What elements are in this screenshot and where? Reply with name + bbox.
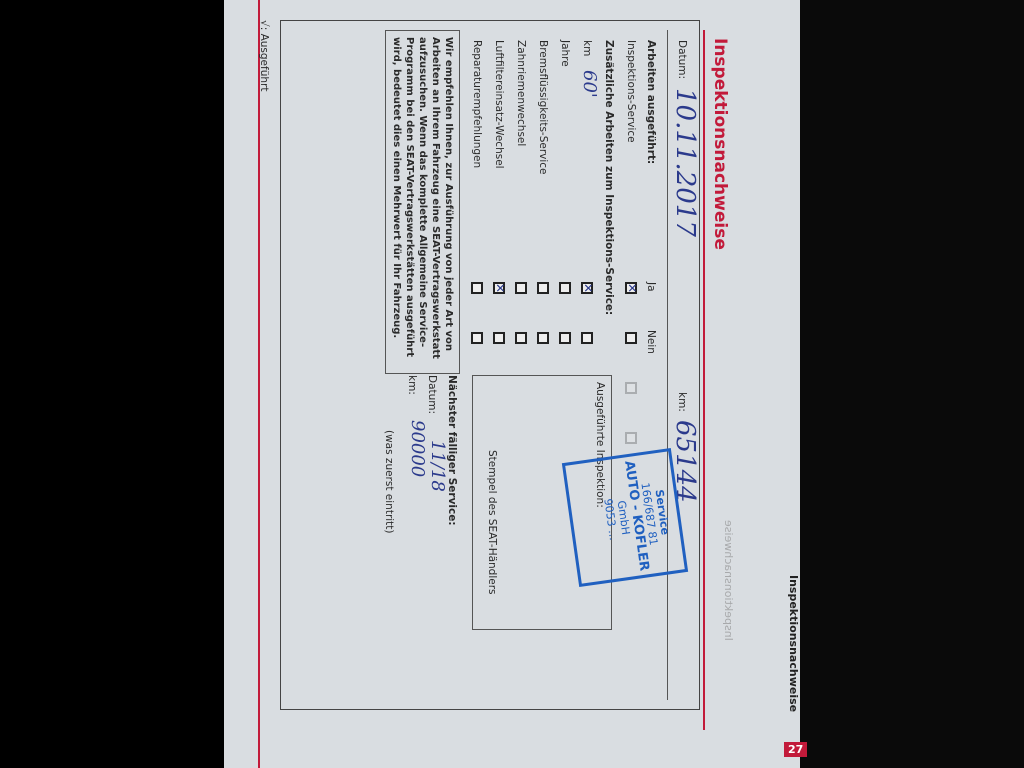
- header-divider: [667, 30, 668, 700]
- footer-title-wrap: Inspektionsnachweise: [786, 575, 800, 760]
- whichever-first: (was zuerst eintritt): [383, 430, 395, 534]
- checkbox-reparatur-yes[interactable]: [471, 282, 483, 294]
- checkbox-luftfilter-yes[interactable]: [493, 282, 505, 294]
- next-km-value: 90000: [407, 420, 428, 477]
- booklet-page: Inspektionsnachweise Inspektionsnachweis…: [224, 0, 800, 768]
- checkbox-brems-no[interactable]: [537, 332, 549, 344]
- row-reparatur: Reparaturempfehlungen: [471, 40, 483, 168]
- bleedthrough-text: Inspektionsnachweise: [722, 520, 735, 641]
- recommendation-notice: Wir empfehlen Ihnen, zur Ausführung von …: [385, 30, 460, 374]
- background: [800, 0, 1024, 768]
- row-km: km: [581, 40, 593, 56]
- dealer-stamp: Service 166/687 81 AUTO - KOFLER GmbH 90…: [562, 448, 688, 587]
- checkbox-zahnriemen-no[interactable]: [515, 332, 527, 344]
- col-yes: Ja: [645, 282, 657, 292]
- row-km-handwritten: 60': [579, 70, 600, 98]
- row-bremsfluessigkeit: Bremsflüssigkeits-Service: [537, 40, 549, 175]
- next-date-value: 11/18: [427, 440, 448, 492]
- km-label: km:: [676, 392, 688, 412]
- checkbox-zahnriemen-yes[interactable]: [515, 282, 527, 294]
- footer-title: Inspektionsnachweise: [787, 575, 800, 712]
- row-jahre: Jahre: [559, 40, 571, 67]
- page-number: 27: [784, 742, 807, 757]
- ghost-checkbox: [625, 382, 637, 394]
- next-km-label: km:: [406, 375, 418, 395]
- next-date-label: Datum:: [426, 375, 438, 414]
- row-inspektions-service: Inspektions-Service: [625, 40, 637, 143]
- checkbox-reparatur-no[interactable]: [471, 332, 483, 344]
- page-title: Inspektionsnachweise: [710, 38, 730, 250]
- checkbox-km-no[interactable]: [581, 332, 593, 344]
- ghost-checkbox: [625, 432, 637, 444]
- checkbox-km-yes[interactable]: [581, 282, 593, 294]
- rotated-form-page: Inspektionsnachweise Inspektionsnachweis…: [224, 0, 800, 768]
- legend-executed: √: Ausgeführt: [258, 20, 270, 91]
- checkbox-inspektions-no[interactable]: [625, 332, 637, 344]
- checkbox-brems-yes[interactable]: [537, 282, 549, 294]
- checkbox-inspektions-yes[interactable]: [625, 282, 637, 294]
- date-value: 10.11.2017: [670, 88, 700, 237]
- checkbox-luftfilter-no[interactable]: [493, 332, 505, 344]
- row-additional-header: Zusätzliche Arbeiten zum Inspektions-Ser…: [603, 40, 615, 315]
- col-no: Nein: [645, 330, 657, 354]
- checkbox-jahre-no[interactable]: [559, 332, 571, 344]
- title-rule: [703, 30, 705, 730]
- row-luftfilter: Luftfiltereinsatz-Wechsel: [493, 40, 505, 169]
- date-label: Datum:: [676, 40, 688, 79]
- stamp-label: Stempel des SEAT-Händlers: [486, 450, 498, 595]
- checkbox-jahre-yes[interactable]: [559, 282, 571, 294]
- margin-rule: [258, 0, 260, 768]
- work-header: Arbeiten ausgeführt:: [645, 40, 657, 164]
- row-zahnriemen: Zahnriemenwechsel: [515, 40, 527, 146]
